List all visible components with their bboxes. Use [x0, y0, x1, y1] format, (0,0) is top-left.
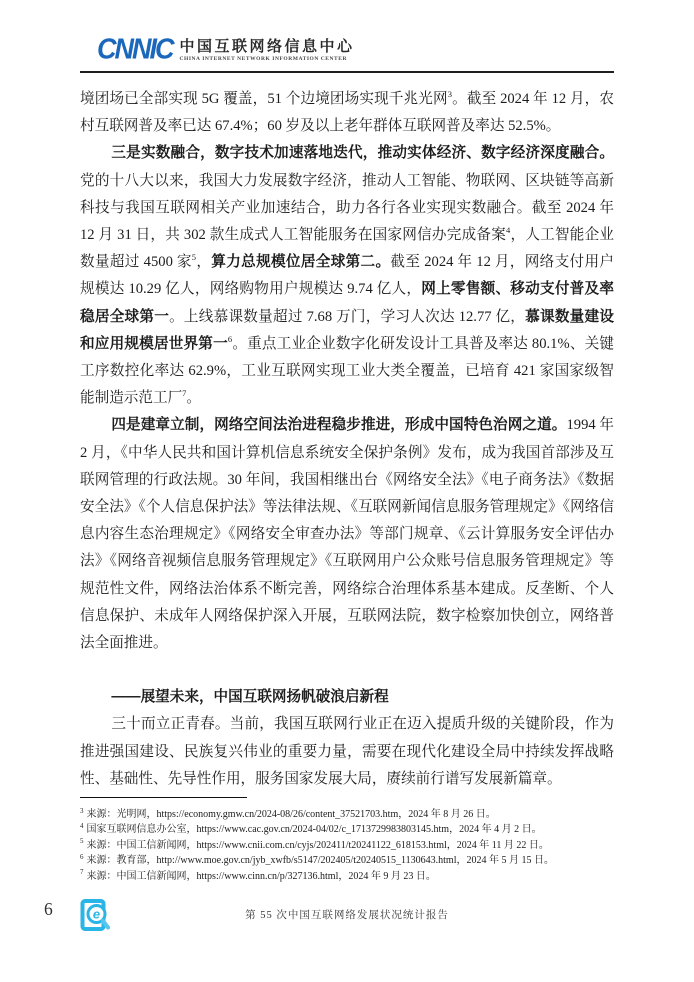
- paragraph-point-three: 三是实数融合，数字技术加速落地迭代，推动实体经济、数字经济深度融合。党的十八大以…: [80, 140, 614, 412]
- paragraph-point-four: 四是建章立制，网络空间法治进程稳步推进，形成中国特色治网之道。1994 年 2 …: [80, 412, 614, 657]
- body-text-run: 1994 年 2 月，《中华人民共和国计算机信息系统安全保护条例》发布，成为我国…: [80, 417, 614, 651]
- footnote-item: 7来源：中国工信新闻网，https://www.cinn.cn/p/327136…: [80, 869, 614, 884]
- org-name-en: CHINA INTERNET NETWORK INFORMATION CENTE…: [180, 56, 355, 62]
- cnnic-logo: CNNIC 中国互联网络信息中心 CHINA INTERNET NETWORK …: [97, 36, 355, 63]
- footnote-text: 来源：光明网，https://economy.gmw.cn/2024-08/26…: [87, 809, 496, 820]
- bold-run: 算力总规模位居全球第二。: [211, 254, 390, 270]
- body-text-run: 境团场已全部实现 5G 覆盖，51 个边境团场实现千兆光网: [80, 91, 448, 107]
- bold-run: ——展望未来，中国互联网扬帆破浪启新程: [111, 689, 388, 705]
- footnote-item: 4国家互联网信息办公室，https://www.cac.gov.cn/2024-…: [80, 822, 614, 837]
- bold-run: 三是实数融合，数字技术加速落地迭代，推动实体经济、数字经济深度融合。: [111, 145, 614, 161]
- footnote-text: 来源：中国工信新闻网，https://www.cnii.com.cn/cyjs/…: [87, 840, 549, 851]
- org-name-cn: 中国互联网络信息中心: [180, 38, 355, 55]
- document-body: 境团场已全部实现 5G 覆盖，51 个边境团场实现千兆光网3。截至 2024 年…: [80, 86, 614, 793]
- footnote-number: 6: [80, 853, 84, 861]
- header-divider: [80, 71, 614, 73]
- footnote-divider: [80, 797, 247, 798]
- cnnic-logo-names: 中国互联网络信息中心 CHINA INTERNET NETWORK INFORM…: [180, 38, 355, 62]
- report-page: CNNIC 中国互联网络信息中心 CHINA INTERNET NETWORK …: [0, 0, 694, 982]
- footnote-number: 7: [80, 868, 84, 876]
- bold-run: 四是建章立制，网络空间法治进程稳步推进，形成中国特色治网之道。: [111, 417, 566, 433]
- footnote-number: 4: [80, 822, 84, 830]
- footnote-text: 国家互联网信息办公室，https://www.cac.gov.cn/2024-0…: [87, 824, 542, 835]
- footnote-text: 来源：中国工信新闻网，https://www.cinn.cn/p/327136.…: [87, 871, 436, 882]
- footnote-item: 5来源：中国工信新闻网，https://www.cnii.com.cn/cyjs…: [80, 838, 614, 853]
- footnote-number: 3: [80, 807, 84, 815]
- footnotes-section: 3来源：光明网，https://economy.gmw.cn/2024-08/2…: [80, 797, 614, 884]
- footnote-text: 来源：教育部，http://www.moe.gov.cn/jyb_xwfb/s5…: [87, 855, 555, 866]
- outlook-section-heading: ——展望未来，中国互联网扬帆破浪启新程: [80, 684, 614, 711]
- footnote-item: 3来源：光明网，https://economy.gmw.cn/2024-08/2…: [80, 807, 614, 822]
- body-text-run: 。上线慕课数量超过 7.68 万门，学习人次达 12.77 亿，: [169, 309, 525, 325]
- footnote-number: 5: [80, 837, 84, 845]
- footnote-item: 6来源：教育部，http://www.moe.gov.cn/jyb_xwfb/s…: [80, 853, 614, 868]
- paragraph-outlook: 三十而立正青春。当前，我国互联网行业正在迈入提质升级的关键阶段，作为推进强国建设…: [80, 711, 614, 793]
- paragraph-continuation: 境团场已全部实现 5G 覆盖，51 个边境团场实现千兆光网3。截至 2024 年…: [80, 86, 614, 140]
- body-text-run: ，: [196, 254, 211, 270]
- cnnic-logo-text: CNNIC: [97, 35, 173, 63]
- footer-report-title: 第 55 次中国互联网络发展状况统计报告: [0, 907, 694, 922]
- body-text-run: 。: [186, 390, 201, 406]
